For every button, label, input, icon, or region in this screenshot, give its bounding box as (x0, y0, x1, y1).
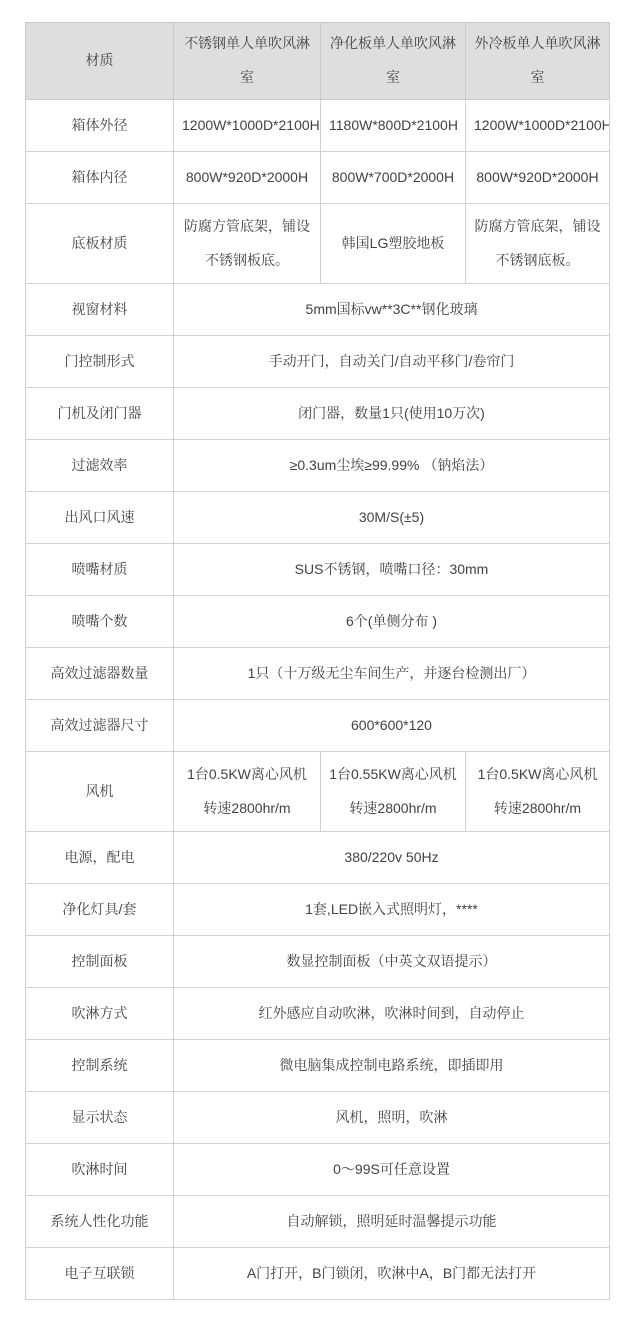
table-header-row: 材质 不锈钢单人单吹风淋 室 净化板单人单吹风淋 室 外冷板单人单吹风淋 室 (26, 23, 610, 100)
table-row: 净化灯具/套 1套,LED嵌入式照明灯，**** (26, 884, 610, 936)
air-shower-spec-table: 材质 不锈钢单人单吹风淋 室 净化板单人单吹风淋 室 外冷板单人单吹风淋 室 箱… (25, 22, 610, 1300)
row-label: 过滤效率 (26, 440, 174, 492)
page: 材质 不锈钢单人单吹风淋 室 净化板单人单吹风淋 室 外冷板单人单吹风淋 室 箱… (0, 0, 634, 1324)
table-row: 电源，配电 380/220v 50Hz (26, 832, 610, 884)
table-row: 系统人性化功能 自动解锁，照明延时温馨提示功能 (26, 1196, 610, 1248)
table-row: 喷嘴材质 SUS不锈钢，喷嘴口径：30mm (26, 544, 610, 596)
row-value: 1200W*1000D*2100H (174, 100, 321, 152)
row-value: 手动开门，自动关门/自动平移门/卷帘门 (174, 336, 610, 388)
row-value: 380/220v 50Hz (174, 832, 610, 884)
table-row: 高效过滤器尺寸 600*600*120 (26, 700, 610, 752)
table-row: 底板材质 防腐方管底架，铺设 不锈钢板底。 韩国LG塑胶地板 防腐方管底架，铺设… (26, 204, 610, 284)
table-row: 控制面板 数显控制面板（中英文双语提示） (26, 936, 610, 988)
row-label: 门机及闭门器 (26, 388, 174, 440)
row-value: 防腐方管底架，铺设 不锈钢底板。 (466, 204, 610, 284)
row-label: 底板材质 (26, 204, 174, 284)
row-label: 喷嘴材质 (26, 544, 174, 596)
table-row: 喷嘴个数 6个(单侧分布 ) (26, 596, 610, 648)
table-row: 门控制形式 手动开门，自动关门/自动平移门/卷帘门 (26, 336, 610, 388)
row-value: 0～99S可任意设置 (174, 1144, 610, 1196)
row-label: 高效过滤器尺寸 (26, 700, 174, 752)
row-label: 吹淋时间 (26, 1144, 174, 1196)
row-label: 吹淋方式 (26, 988, 174, 1040)
row-value: 1台0.5KW离心风机 转速2800hr/m (174, 752, 321, 832)
row-value: 600*600*120 (174, 700, 610, 752)
header-cell-cold-plate: 外冷板单人单吹风淋 室 (466, 23, 610, 100)
row-value: 800W*920D*2000H (466, 152, 610, 204)
row-label: 风机 (26, 752, 174, 832)
row-label: 系统人性化功能 (26, 1196, 174, 1248)
row-label: 高效过滤器数量 (26, 648, 174, 700)
row-label: 控制系统 (26, 1040, 174, 1092)
row-value: 6个(单侧分布 ) (174, 596, 610, 648)
table-row: 显示状态 风机，照明，吹淋 (26, 1092, 610, 1144)
table-row: 高效过滤器数量 1只（十万级无尘车间生产，并逐台检测出厂） (26, 648, 610, 700)
row-value: 1200W*1000D*2100H (466, 100, 610, 152)
row-value: 闭门器，数量1只(使用10万次) (174, 388, 610, 440)
row-value: A门打开，B门锁闭，吹淋中A，B门都无法打开 (174, 1248, 610, 1300)
table-row: 箱体外径 1200W*1000D*2100H 1180W*800D*2100H … (26, 100, 610, 152)
row-label: 箱体外径 (26, 100, 174, 152)
row-label: 电子互联锁 (26, 1248, 174, 1300)
row-label: 喷嘴个数 (26, 596, 174, 648)
row-label: 净化灯具/套 (26, 884, 174, 936)
header-cell-material: 材质 (26, 23, 174, 100)
table-row: 控制系统 微电脑集成控制电路系统，即插即用 (26, 1040, 610, 1092)
table-row: 箱体内径 800W*920D*2000H 800W*700D*2000H 800… (26, 152, 610, 204)
row-label: 视窗材料 (26, 284, 174, 336)
row-value: 1台0.5KW离心风机 转速2800hr/m (466, 752, 610, 832)
row-value: 1180W*800D*2100H (321, 100, 466, 152)
row-value: 韩国LG塑胶地板 (321, 204, 466, 284)
row-value: 1台0.55KW离心风机 转速2800hr/m (321, 752, 466, 832)
table-row: 过滤效率 ≥0.3um尘埃≥99.99% （钠焰法） (26, 440, 610, 492)
row-label: 显示状态 (26, 1092, 174, 1144)
table-row: 门机及闭门器 闭门器，数量1只(使用10万次) (26, 388, 610, 440)
row-value: 800W*920D*2000H (174, 152, 321, 204)
table-row: 风机 1台0.5KW离心风机 转速2800hr/m 1台0.55KW离心风机 转… (26, 752, 610, 832)
table-row: 电子互联锁 A门打开，B门锁闭，吹淋中A，B门都无法打开 (26, 1248, 610, 1300)
row-value: 风机，照明，吹淋 (174, 1092, 610, 1144)
row-value: ≥0.3um尘埃≥99.99% （钠焰法） (174, 440, 610, 492)
row-label: 控制面板 (26, 936, 174, 988)
header-cell-stainless: 不锈钢单人单吹风淋 室 (174, 23, 321, 100)
table-row: 吹淋时间 0～99S可任意设置 (26, 1144, 610, 1196)
row-value: 30M/S(±5) (174, 492, 610, 544)
row-value: SUS不锈钢，喷嘴口径：30mm (174, 544, 610, 596)
row-value: 自动解锁，照明延时温馨提示功能 (174, 1196, 610, 1248)
table-row: 出风口风速 30M/S(±5) (26, 492, 610, 544)
row-label: 箱体内径 (26, 152, 174, 204)
row-value: 1套,LED嵌入式照明灯，**** (174, 884, 610, 936)
row-value: 数显控制面板（中英文双语提示） (174, 936, 610, 988)
table-row: 视窗材料 5mm国标vw**3C**钢化玻璃 (26, 284, 610, 336)
row-value: 红外感应自动吹淋，吹淋时间到，自动停止 (174, 988, 610, 1040)
row-value: 防腐方管底架，铺设 不锈钢板底。 (174, 204, 321, 284)
table-row: 吹淋方式 红外感应自动吹淋，吹淋时间到，自动停止 (26, 988, 610, 1040)
row-label: 出风口风速 (26, 492, 174, 544)
row-label: 门控制形式 (26, 336, 174, 388)
header-cell-purify-board: 净化板单人单吹风淋 室 (321, 23, 466, 100)
row-label: 电源，配电 (26, 832, 174, 884)
row-value: 800W*700D*2000H (321, 152, 466, 204)
row-value: 1只（十万级无尘车间生产，并逐台检测出厂） (174, 648, 610, 700)
row-value: 微电脑集成控制电路系统，即插即用 (174, 1040, 610, 1092)
row-value: 5mm国标vw**3C**钢化玻璃 (174, 284, 610, 336)
